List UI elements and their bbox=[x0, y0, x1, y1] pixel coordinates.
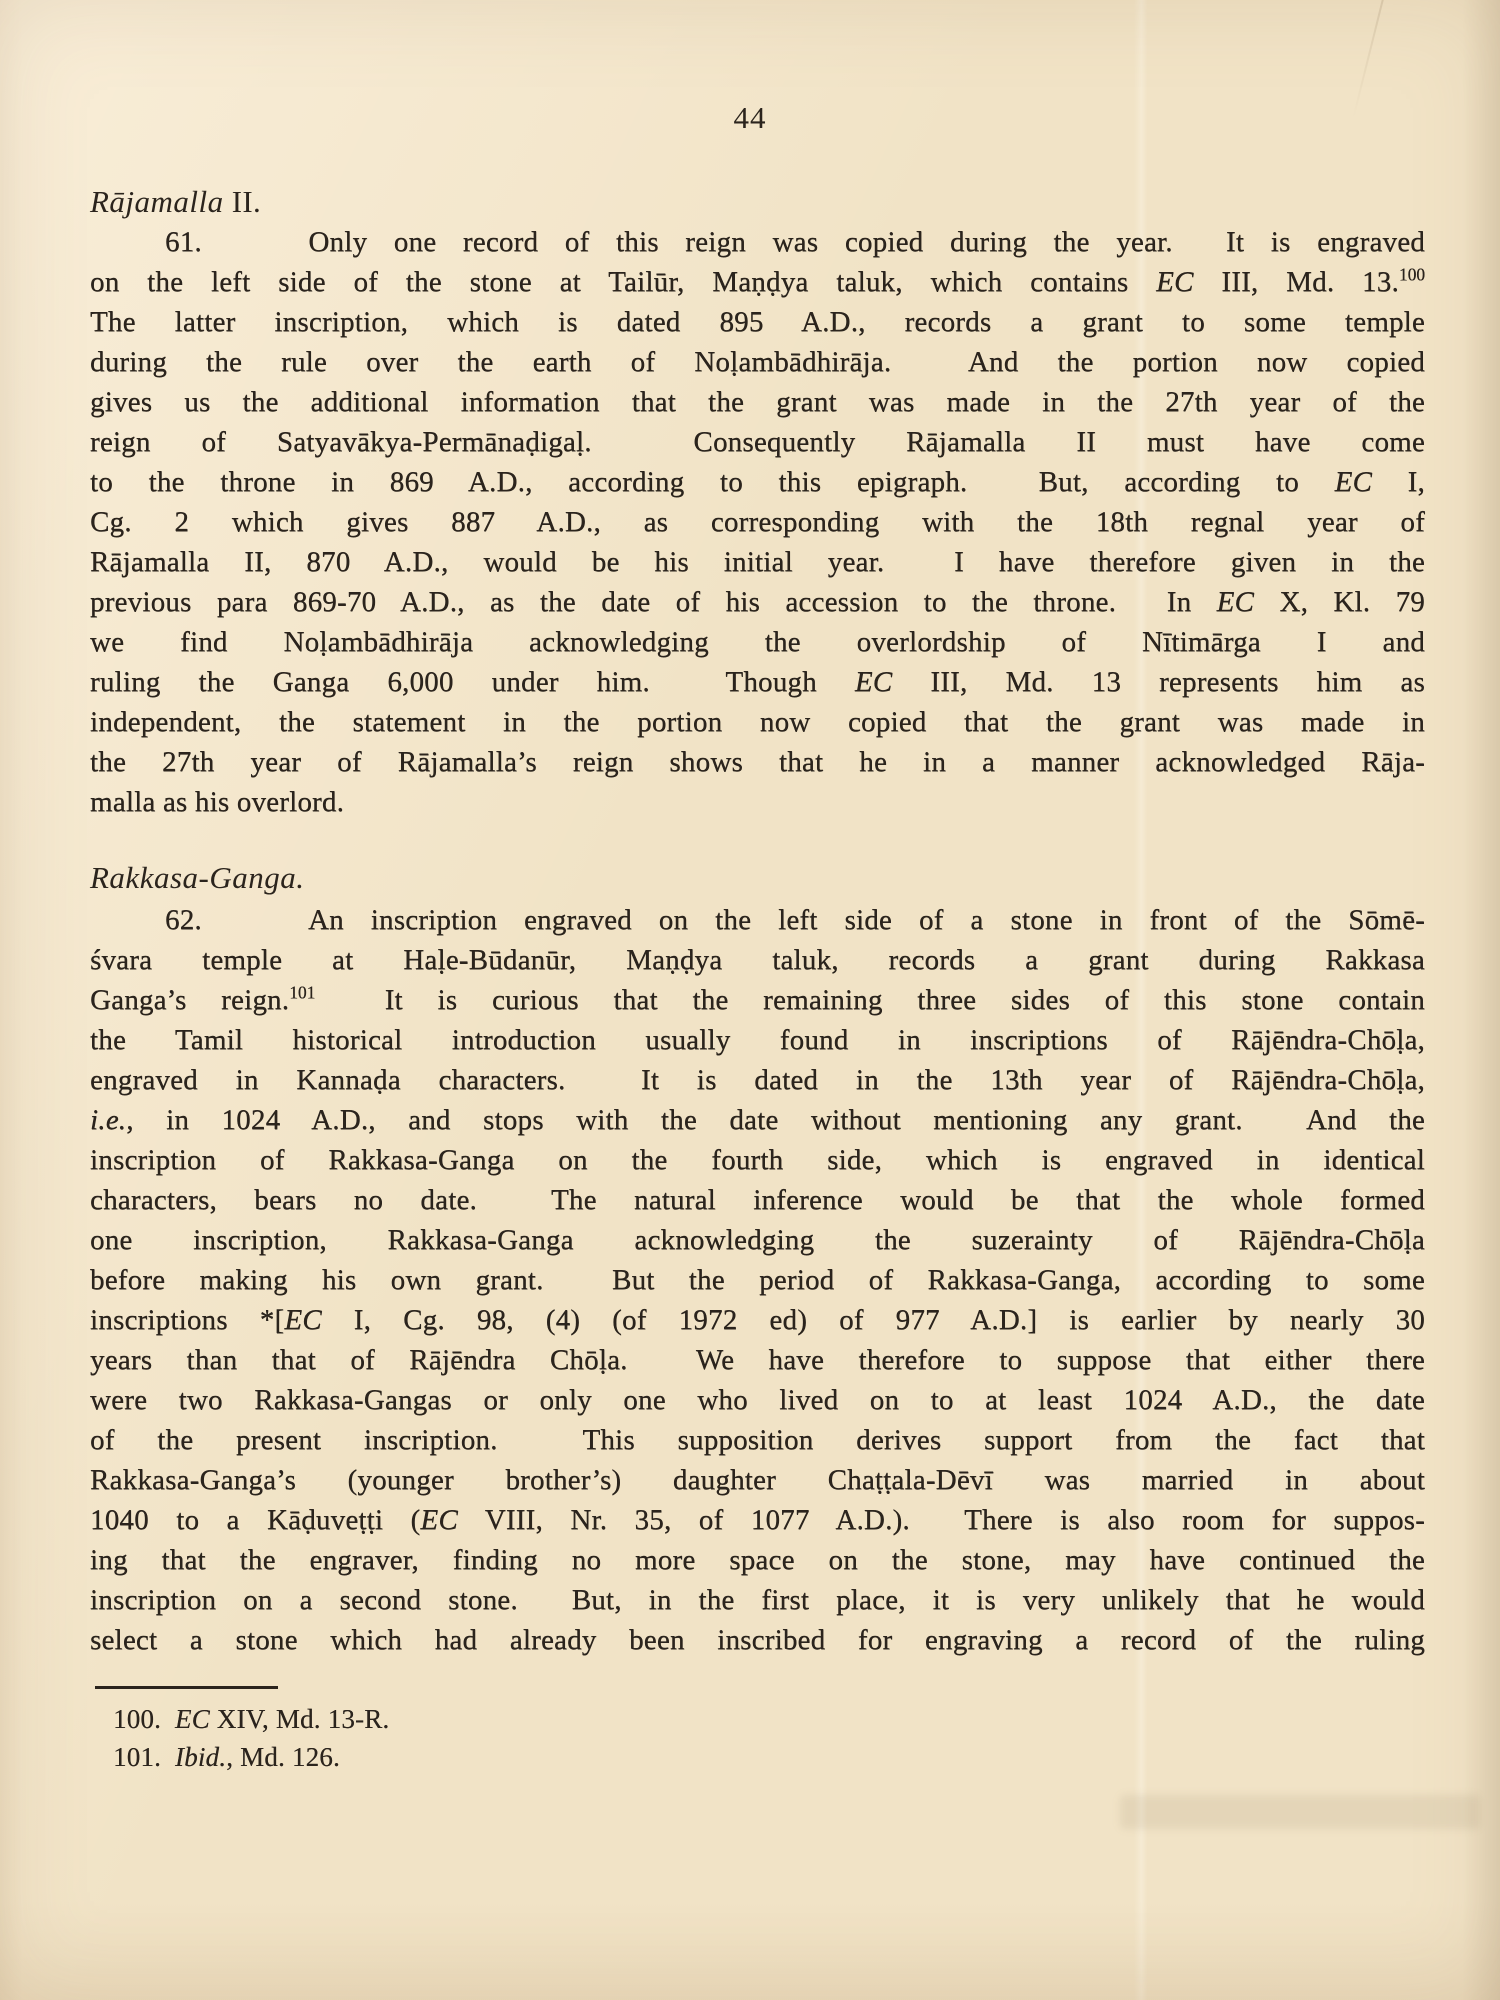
text-line: reign of Satyavākya-Permānaḍigaḷ. Conseq… bbox=[90, 422, 1425, 462]
text-line: previous para 869-70 A.D., as the date o… bbox=[90, 582, 1425, 622]
text-line: inscriptions *[EC I, Cg. 98, (4) (of 197… bbox=[90, 1300, 1425, 1340]
text-line: during the rule over the earth of Noḷamb… bbox=[90, 342, 1425, 382]
text-line: of the present inscription. This supposi… bbox=[90, 1420, 1425, 1460]
text-line: years than that of Rājēndra Chōḷa. We ha… bbox=[90, 1340, 1425, 1380]
text-line: characters, bears no date. The natural i… bbox=[90, 1180, 1425, 1220]
text-line: ruling the Ganga 6,000 under him. Though… bbox=[90, 662, 1425, 702]
text-line: engraved in Kannaḍa characters. It is da… bbox=[90, 1060, 1425, 1100]
text-line: Rājamalla II, 870 A.D., would be his ini… bbox=[90, 542, 1425, 582]
text-line: 62. An inscription engraved on the left … bbox=[90, 900, 1425, 940]
text-line: malla as his overlord. bbox=[90, 782, 1425, 822]
paragraph: 62. An inscription engraved on the left … bbox=[90, 900, 1425, 1660]
paragraph: 61. Only one record of this reign was co… bbox=[90, 222, 1425, 822]
text-line: Ganga’s reign.101 It is curious that the… bbox=[90, 980, 1425, 1020]
text-line: śvara temple at Haḷe-Būdanūr, Maṇḍya tal… bbox=[90, 940, 1425, 980]
text-line: The latter inscription, which is dated 8… bbox=[90, 302, 1425, 342]
text-line: i.e., in 1024 A.D., and stops with the d… bbox=[90, 1100, 1425, 1140]
text-line: on the left side of the stone at Tailūr,… bbox=[90, 262, 1425, 302]
section-heading: Rājamalla II. bbox=[90, 182, 1425, 222]
text-line: 61. Only one record of this reign was co… bbox=[90, 222, 1425, 262]
text-line: select a stone which had already been in… bbox=[90, 1620, 1425, 1660]
footnote-line: 101. Ibid., Md. 126. bbox=[113, 1738, 389, 1776]
text-line: ing that the engraver, finding no more s… bbox=[90, 1540, 1425, 1580]
text-line: inscription of Rakkasa-Ganga on the four… bbox=[90, 1140, 1425, 1180]
footnote-line: 100. EC XIV, Md. 13-R. bbox=[113, 1700, 389, 1738]
footnotes: 100. EC XIV, Md. 13-R.101. Ibid., Md. 12… bbox=[113, 1700, 389, 1776]
footnote-separator-rule bbox=[95, 1686, 278, 1689]
text-line: independent, the statement in the portio… bbox=[90, 702, 1425, 742]
text-line: Rakkasa-Ganga’s (younger brother’s) daug… bbox=[90, 1460, 1425, 1500]
text-line: we find Noḷambādhirāja acknowledging the… bbox=[90, 622, 1425, 662]
text-line: before making his own grant. But the per… bbox=[90, 1260, 1425, 1300]
text-line: to the throne in 869 A.D., according to … bbox=[90, 462, 1425, 502]
text-line: the Tamil historical introduction usuall… bbox=[90, 1020, 1425, 1060]
text-line: Cg. 2 which gives 887 A.D., as correspon… bbox=[90, 502, 1425, 542]
text-line: the 27th year of Rājamalla’s reign shows… bbox=[90, 742, 1425, 782]
text-line: inscription on a second stone. But, in t… bbox=[90, 1580, 1425, 1620]
book-page: 44 Rājamalla II.61. Only one record of t… bbox=[0, 0, 1500, 2000]
section-heading: Rakkasa-Ganga. bbox=[90, 858, 1425, 898]
text-line: were two Rakkasa-Gangas or only one who … bbox=[90, 1380, 1425, 1420]
text-line: one inscription, Rakkasa-Ganga acknowled… bbox=[90, 1220, 1425, 1260]
text-line: gives us the additional information that… bbox=[90, 382, 1425, 422]
text-line: 1040 to a Kāḍuveṭṭi (EC VIII, Nr. 35, of… bbox=[90, 1500, 1425, 1540]
